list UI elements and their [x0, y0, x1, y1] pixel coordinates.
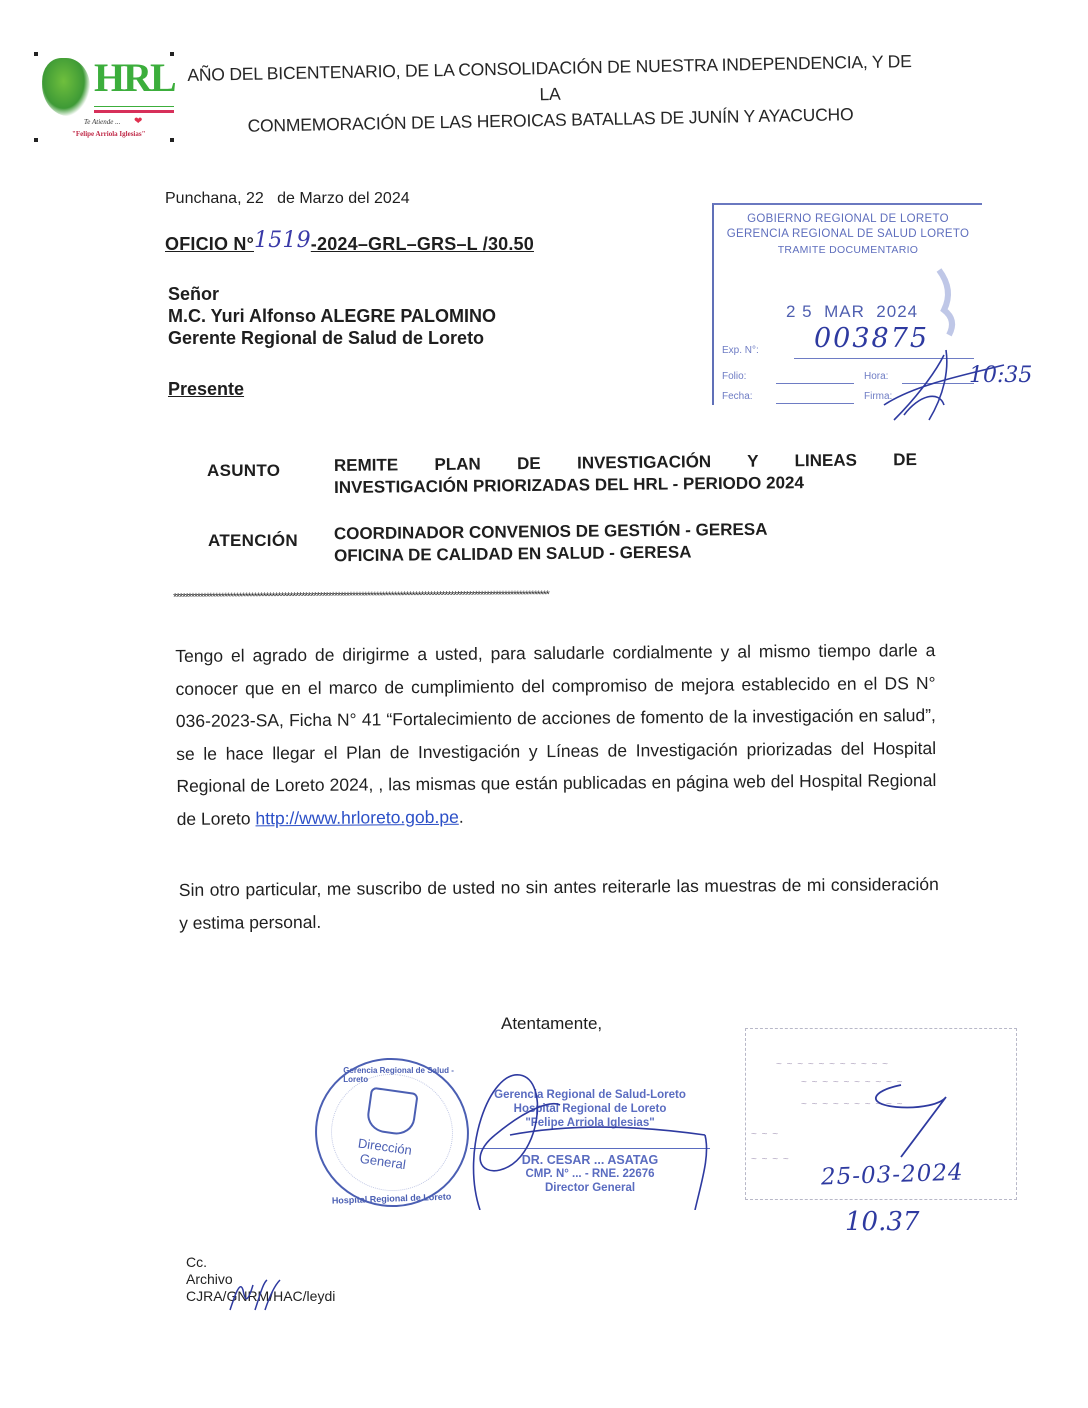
logo-letters: HRL [94, 58, 175, 98]
oficio-suffix: -2024–GRL–GRS–L /30.50 [311, 234, 534, 254]
logo-corner-mark [170, 138, 174, 142]
addressee-name: M.C. Yuri Alfonso ALEGRE PALOMINO [168, 305, 496, 327]
closing: Atentamente, [501, 1014, 602, 1034]
logo-tagline: Te Atiende ... [84, 118, 120, 126]
cc-label: Cc. [186, 1254, 335, 1271]
stamp-date: 2 5 MAR 2024 [786, 302, 918, 322]
paragraph-1-text: Tengo el agrado de dirigirme a usted, pa… [175, 640, 936, 828]
document-reference: OFICIO N°1519-2024–GRL–GRS–L /30.50 [165, 231, 534, 256]
atencion-line-2: OFICINA DE CALIDAD EN SALUD - GERESA [334, 541, 768, 568]
logo-rule [94, 110, 174, 113]
asunto-line-2: INVESTIGACIÓN PRIORIZADAS DEL HRL - PERI… [334, 471, 917, 499]
hospital-logo: HRL Te Atiende ... ❤ "Felipe Arriola Igl… [34, 52, 174, 142]
paragraph-1-end: . [459, 806, 464, 826]
asunto-label: ASUNTO [207, 461, 280, 481]
heart-icon: ❤ [134, 116, 142, 127]
atencion-label: ATENCIÓN [208, 531, 298, 551]
faint-stamp-text: ~ ~ ~ ~ ~ ~ ~ ~ ~ ~ ~ [776, 1059, 889, 1070]
stamp-rule [776, 383, 854, 384]
stamp-smudge-icon [929, 260, 969, 340]
oficio-number-handwritten: 1519 [254, 228, 311, 253]
faint-stamp-text: ~ ~ ~ ~ [751, 1154, 790, 1165]
initials-scribble-icon [861, 1079, 951, 1159]
asunto-text: REMITE PLAN DE INVESTIGACIÓN Y LINEAS DE… [334, 449, 917, 499]
oficio-prefix: OFICIO N° [165, 234, 254, 254]
atencion-line-1: COORDINADOR CONVENIOS DE GESTIÓN - GERES… [334, 519, 768, 546]
atencion-text: COORDINADOR CONVENIOS DE GESTIÓN - GERES… [334, 519, 768, 568]
logo-corner-mark [34, 52, 38, 56]
reception-stamp: GOBIERNO REGIONAL DE LORETO GERENCIA REG… [712, 203, 982, 405]
folio-label: Folio: [722, 371, 746, 382]
presente-label: Presente [168, 379, 244, 400]
reception-stamp-2: ~ ~ ~ ~ ~ ~ ~ ~ ~ ~ ~ ~ ~ ~ ~ ~ ~ ~ ~ ~ … [745, 1028, 1017, 1200]
logo-rule [94, 106, 174, 107]
received-time-handwritten: 10.37 [845, 1207, 919, 1237]
logo-motto: "Felipe Arriola Iglesias" [72, 130, 146, 138]
addressee-block: Señor M.C. Yuri Alfonso ALEGRE PALOMINO … [168, 283, 496, 349]
logo-corner-mark [34, 138, 38, 142]
seal-ring-bottom: Hospital Regional de Loreto [332, 1191, 452, 1205]
stamp-line-1: GOBIERNO REGIONAL DE LORETO [714, 213, 982, 225]
stamp-line-3: TRAMITE DOCUMENTARIO [714, 244, 982, 256]
exp-label: Exp. N°: [722, 345, 759, 356]
fecha-label: Fecha: [722, 391, 753, 402]
addressee-title: Gerente Regional de Salud de Loreto [168, 327, 496, 349]
presente-text: Presente [168, 379, 244, 399]
stamp-line-2: GERENCIA REGIONAL DE SALUD LORETO [714, 228, 982, 240]
salutation: Señor [168, 283, 496, 305]
body-paragraph-2: Sin otro particular, me suscribo de uste… [179, 868, 939, 939]
stamp-rule [776, 403, 854, 404]
hospital-website-link[interactable]: http://www.hrloreto.gob.pe [255, 806, 458, 828]
initials-signature-icon [225, 1275, 285, 1315]
faint-stamp-text: ~ ~ ~ [751, 1129, 779, 1140]
signature-icon [440, 1060, 740, 1210]
place-date: Punchana, 22 de Marzo del 2024 [165, 190, 410, 208]
loreto-map-icon [42, 58, 90, 116]
body-paragraph-1: Tengo el agrado de dirigirme a usted, pa… [175, 634, 937, 835]
year-motto: AÑO DEL BICENTENARIO, DE LA CONSOLIDACIÓ… [179, 48, 920, 140]
received-date-handwritten: 25-03-2024 [821, 1160, 964, 1191]
separator-stars: ****************************************… [173, 586, 933, 603]
signature-scribble-icon [874, 345, 1014, 425]
